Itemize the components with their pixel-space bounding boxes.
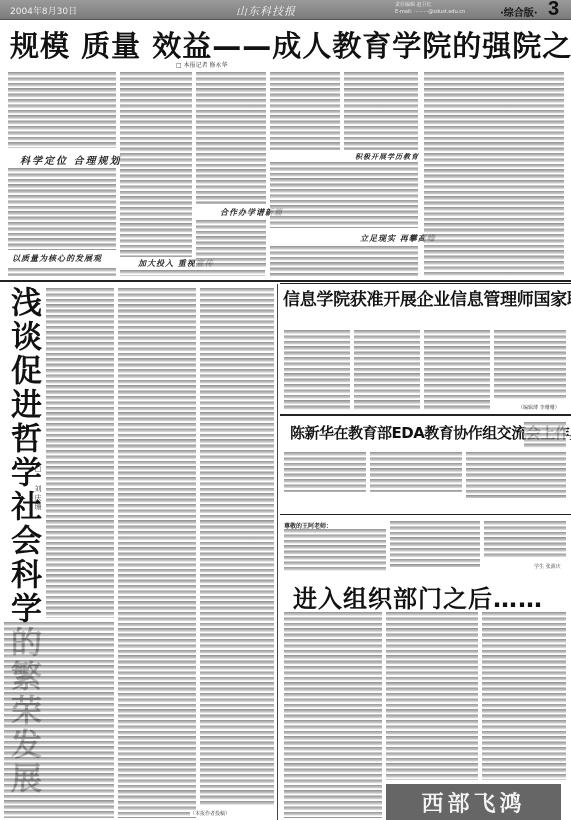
editor-credit: 责任编辑 赵卫红 E-mail: ·········@sdust.edu.cn: [395, 2, 465, 16]
lead-column-3: [196, 72, 266, 204]
info-top-rule: [280, 283, 571, 284]
lead-column-1b: [8, 168, 116, 250]
page-masthead: 2004年8月30日 山东科技报 责任编辑 赵卫红 E-mail: ······…: [0, 0, 571, 20]
org-column-3: [482, 612, 566, 780]
lead-byline: □ 本报记者 修永华: [176, 60, 227, 69]
ad-banner-text: 西部飞鸿: [421, 787, 525, 818]
lead-column-2b: [120, 270, 265, 276]
lead-column-2: [120, 72, 192, 257]
issue-date: 2004年8月30日: [10, 4, 77, 17]
editor-name: 责任编辑 赵卫红: [395, 2, 465, 9]
eda-column-3: [466, 452, 566, 498]
eda-column-1: [284, 452, 366, 492]
page-number: 3: [548, 0, 559, 21]
newspaper-logo: 山东科技报: [236, 3, 296, 19]
lead-column-4c: [270, 246, 418, 276]
lead-column-6: [424, 72, 564, 276]
lead-headline: 规模 质量 效益——成人教育学院的强院之路: [10, 24, 571, 65]
lead-column-3b: [196, 220, 266, 268]
lead-subhead-5: 积极开展学历教育: [355, 152, 419, 162]
letter-signature: 学生 张源庆: [534, 563, 561, 570]
philosophy-column-3: [200, 288, 274, 806]
letter-top-rule: [280, 514, 571, 515]
philosophy-column-1: [46, 288, 114, 618]
lead-subhead-1: 科学定位 合理规划: [20, 152, 121, 167]
letter-column-3: [484, 521, 566, 557]
org-column-1: [284, 612, 382, 818]
info-column-1: [284, 330, 350, 410]
editor-email: E-mail: ·········@sdust.edu.cn: [395, 9, 465, 16]
org-column-2: [386, 612, 478, 780]
section-divider: [0, 280, 571, 282]
info-college-headline: 信息学院获准开展企业信息管理师国家职业资格培训: [283, 285, 571, 310]
eda-column-2: [370, 452, 462, 492]
lead-column-1: [8, 72, 116, 148]
lead-column-5: [344, 72, 418, 150]
philosophy-footnote: （本报作者投稿）: [190, 810, 230, 817]
lead-column-4b: [270, 162, 418, 228]
section-label: ·综合版·: [500, 4, 538, 19]
info-column-4: [494, 330, 566, 400]
info-signature: （编辑薄 李珊珊）: [518, 404, 560, 411]
info-column-3: [424, 330, 490, 410]
eda-top-rule: [280, 414, 571, 416]
eda-column-4: [524, 422, 566, 448]
philosophy-column-1b: [4, 622, 114, 818]
philosophy-column-2: [118, 288, 196, 818]
lead-subhead-2: 以质量为核心的发展观: [12, 253, 102, 264]
letter-column-2: [390, 521, 480, 567]
ad-banner: 西部飞鸿: [386, 784, 561, 820]
letter-column-1: [284, 529, 386, 571]
philosophy-byline: □ 刘庆珊: [32, 465, 44, 512]
info-column-2: [354, 330, 420, 410]
org-headline: 进入组织部门之后……: [293, 579, 543, 614]
column-rule: [277, 284, 278, 820]
lead-column-4: [270, 72, 340, 150]
lead-column-1c: [8, 268, 116, 276]
